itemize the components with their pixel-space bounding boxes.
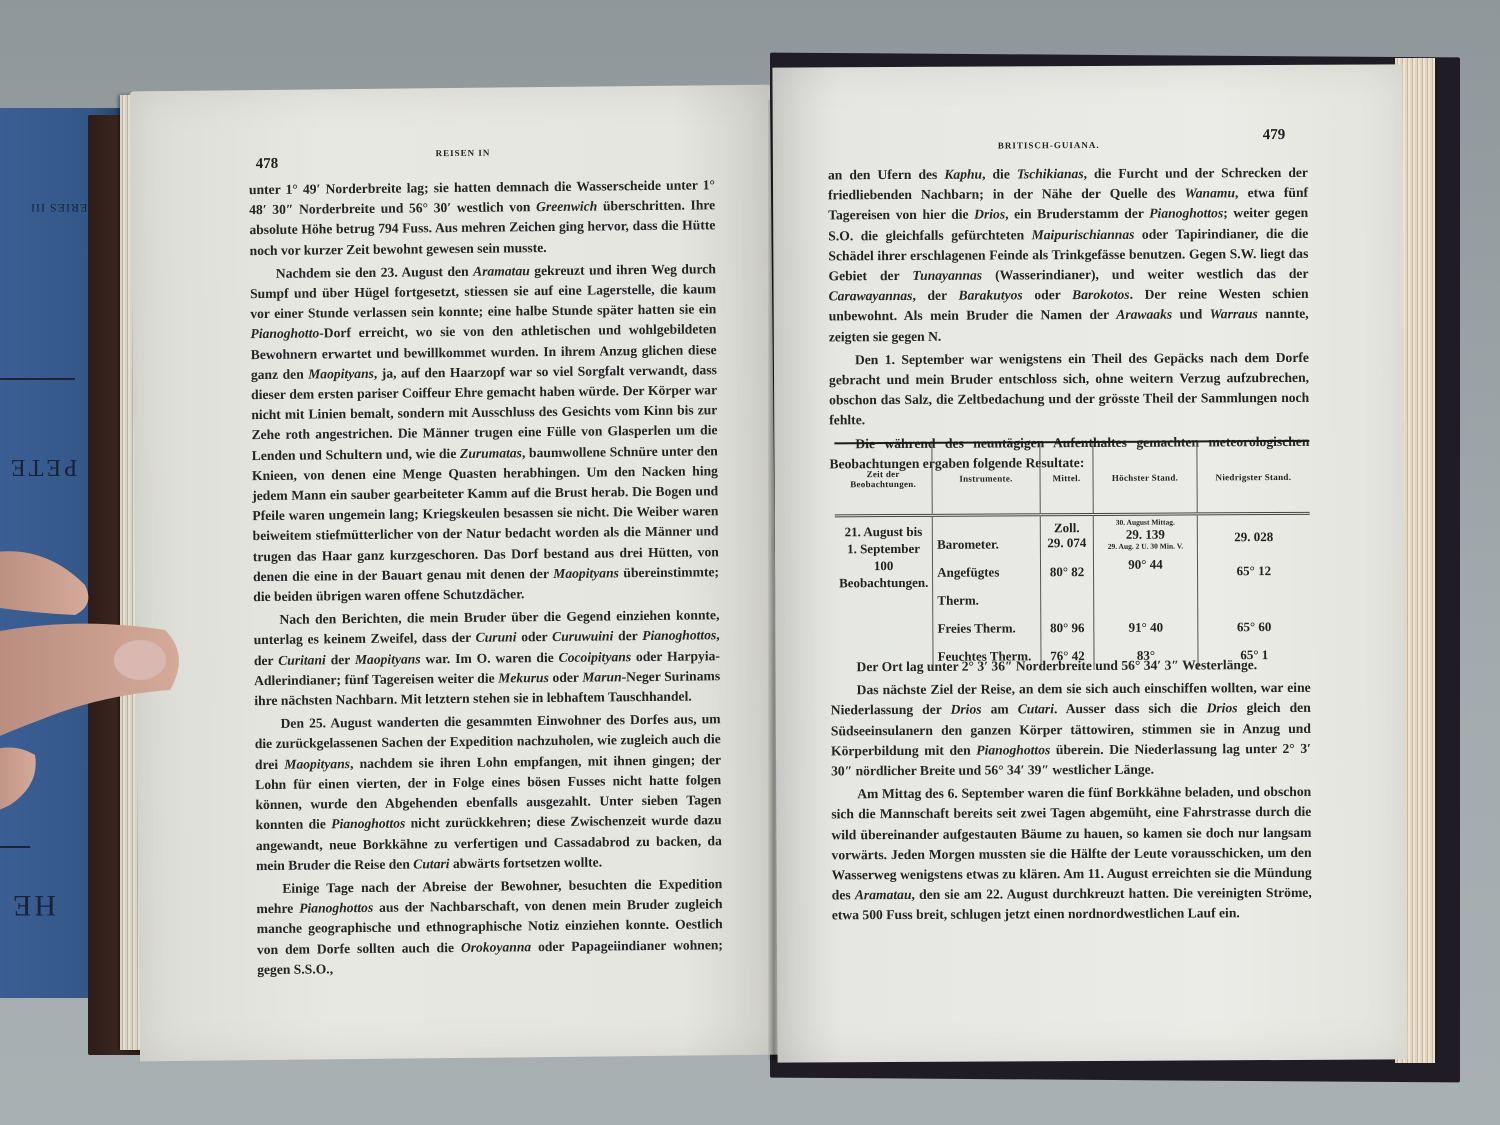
table-row: 21. August bis 1. September 100 Beobacht…: [835, 513, 1310, 559]
min-cell: 65° 60: [1197, 613, 1310, 642]
italic-name: Greenwich: [536, 199, 597, 215]
text-run: Den 1. September war wenigstens ein Thei…: [829, 350, 1309, 428]
italic-name: Cocoipityans: [559, 649, 632, 665]
italic-name: Pianoghottos: [299, 900, 373, 916]
right-page[interactable]: BRITISCH-GUIANA. 479 an den Ufern des Ka…: [772, 64, 1407, 1062]
running-head: REISEN IN: [436, 148, 491, 159]
text-run: und: [1172, 307, 1210, 322]
italic-name: Barokotos: [1072, 287, 1129, 302]
text-run: . Ausser dass sich die: [1054, 701, 1207, 717]
right-page-body-top: an den Ufern des Kaphu, die Tschikianas,…: [828, 163, 1310, 475]
italic-name: Pianoghotto: [250, 326, 319, 342]
italic-name: Curitani: [278, 652, 326, 667]
italic-name: Wanamu: [1185, 185, 1235, 200]
text-run: , die: [982, 166, 1017, 181]
italic-name: Warraus: [1210, 307, 1258, 322]
pamphlet-title-fragment: PETE: [8, 453, 77, 480]
italic-name: Barakutyos: [958, 288, 1022, 303]
text-run: oder: [516, 629, 552, 644]
text-run: , baumwollene Schnüre unter den Knieen, …: [252, 443, 719, 584]
text-run: (Wasserindianer), und weiter westlich da…: [982, 266, 1308, 283]
italic-name: Tunayannas: [912, 268, 982, 283]
instrument-cell: Angefügtes Therm.: [933, 558, 1041, 615]
page-number: 479: [1263, 127, 1286, 144]
italic-name: Mekurus: [498, 670, 549, 686]
paragraph: Das nächste Ziel der Reise, an dem sie s…: [831, 678, 1312, 782]
italic-name: Aramatau: [855, 887, 912, 902]
text-run: Der Ort lag unter 2° 3′ 36″ Norderbreite…: [856, 657, 1257, 674]
max-note: 30. August Mittag.: [1098, 517, 1192, 526]
instrument-cell: Barometer.: [932, 515, 1040, 559]
italic-name: Drios: [974, 207, 1005, 222]
paragraph: unter 1° 49′ Norderbreite lag; sie hatte…: [249, 175, 716, 261]
unit-note: Zoll.: [1044, 520, 1089, 535]
italic-name: Drios: [951, 702, 982, 717]
column-header: Instrumente.: [932, 443, 1040, 515]
meteorological-table: Zeit der Beobachtungen. Instrumente. Mit…: [834, 440, 1310, 671]
paragraph: Nachdem sie den 23. August den Aramatau …: [250, 259, 720, 607]
paragraph: Einige Tage nach der Abreise der Bewohne…: [256, 874, 723, 980]
text-run: war. Im O. waren die: [421, 650, 559, 666]
text-run: oder: [1023, 287, 1073, 302]
italic-name: Drios: [1207, 701, 1238, 716]
mean-value: 29. 074: [1045, 535, 1090, 550]
italic-name: Carawayannas: [829, 288, 913, 303]
mean-cell: 80° 96: [1040, 614, 1094, 642]
page-number: 478: [256, 156, 279, 173]
paragraph: Den 1. September war wenigstens ein Thei…: [829, 348, 1309, 431]
italic-name: Pianoghottos: [642, 628, 716, 644]
pamphlet-rule: [0, 378, 75, 380]
text-run: , der: [912, 288, 958, 303]
italic-name: Zurumatas: [460, 445, 522, 461]
column-header: Mittel.: [1040, 443, 1094, 515]
italic-name: Maopityans: [553, 565, 619, 581]
max-note-after: 29. Aug. 2 U. 30 Min. V.: [1098, 541, 1192, 550]
left-page-body: unter 1° 49′ Norderbreite lag; sie hatte…: [249, 175, 723, 980]
italic-name: Maipurischiannas: [1032, 226, 1135, 242]
italic-name: Maopityans: [284, 756, 350, 772]
italic-name: Maopityans: [355, 651, 421, 667]
min-cell: 65° 12: [1197, 557, 1310, 614]
mean-cell: Zoll. 29. 074: [1040, 514, 1094, 558]
max-cell: 90° 44: [1094, 557, 1198, 614]
running-head: BRITISCH-GUIANA.: [998, 140, 1100, 151]
table-header-row: Zeit der Beobachtungen. Instrumente. Mit…: [834, 442, 1309, 516]
pamphlet-series-label: SERIES III: [30, 200, 95, 215]
paragraph: Der Ort lag unter 2° 3′ 36″ Norderbreite…: [830, 655, 1310, 678]
italic-name: Marun: [582, 669, 621, 684]
italic-name: Pianoghottos: [1149, 206, 1223, 221]
pamphlet-title-fragment-lower: HE: [10, 888, 56, 922]
column-header: Zeit der Beobachtungen.: [834, 444, 932, 516]
paragraph: an den Ufern des Kaphu, die Tschikianas,…: [828, 163, 1309, 347]
italic-name: Arawaaks: [1116, 307, 1172, 322]
min-cell: 29. 028: [1197, 513, 1310, 557]
hand-holding-book: [0, 545, 190, 835]
max-cell: 91° 40: [1094, 613, 1198, 642]
text-run: Nachdem sie den 23. August den: [276, 264, 473, 281]
italic-name: Pianoghottos: [331, 816, 405, 832]
mean-cell: 80° 82: [1040, 558, 1094, 614]
paragraph: Am Mittag des 6. September waren die fün…: [831, 782, 1312, 926]
paragraph: Nach den Berichten, die mein Bruder über…: [253, 605, 720, 711]
left-page[interactable]: 478 REISEN IN unter 1° 49′ Norderbreite …: [130, 85, 780, 1062]
pamphlet-rule-lower: [0, 846, 30, 848]
text-run: oder: [549, 670, 583, 685]
text-run: am: [981, 702, 1017, 717]
italic-name: Curuwuini: [552, 629, 613, 645]
italic-name: Kaphu: [944, 167, 982, 182]
text-run: an den Ufern des: [828, 167, 944, 183]
italic-name: Cutari: [413, 856, 449, 871]
column-header: Niedrigster Stand.: [1197, 442, 1310, 514]
italic-name: Tschikianas: [1017, 166, 1084, 181]
italic-name: Pianoghottos: [976, 742, 1050, 757]
italic-name: Aramatau: [473, 263, 530, 279]
max-cell: 30. August Mittag. 29. 139 29. Aug. 2 U.…: [1094, 514, 1198, 558]
paragraph: Den 25. August wanderten die gesammten E…: [254, 710, 722, 876]
text-run: der: [613, 629, 642, 644]
column-header: Höchster Stand.: [1093, 442, 1197, 514]
max-value: 29. 139: [1098, 526, 1192, 541]
text-run: abwärts fortsetzen wollte.: [449, 854, 602, 871]
italic-name: Maopityans: [308, 366, 374, 382]
text-run: , ein Bruderstamm der: [1005, 206, 1149, 222]
observation-period: 21. August bis 1. September 100 Beobacht…: [835, 515, 934, 671]
right-page-body-bottom: Der Ort lag unter 2° 3′ 36″ Norderbreite…: [830, 655, 1311, 926]
italic-name: Orokoyanna: [461, 939, 531, 955]
italic-name: Curuni: [476, 630, 517, 645]
instrument-cell: Freies Therm.: [933, 614, 1041, 643]
italic-name: Cutari: [1018, 702, 1054, 717]
text-run: der: [326, 652, 355, 667]
